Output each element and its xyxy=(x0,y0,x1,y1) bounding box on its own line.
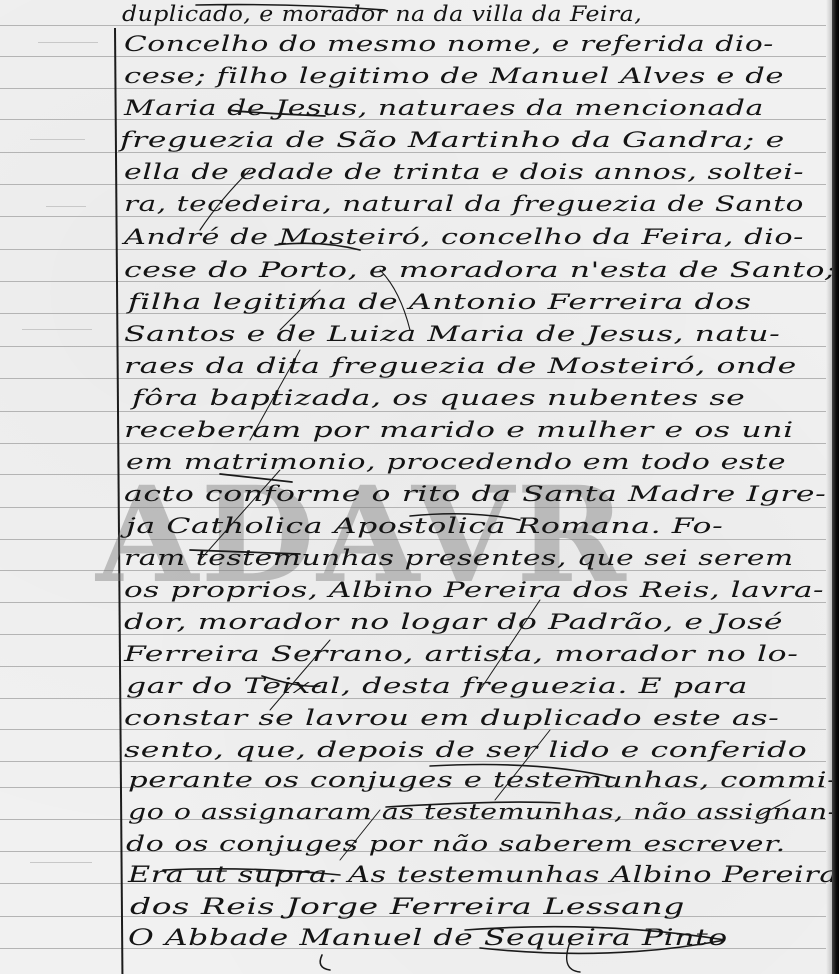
ruled-line xyxy=(0,507,826,508)
text-line: constar se lavrou em duplicado este as- xyxy=(124,706,779,730)
text-line: duplicado, e morador na da villa da Feir… xyxy=(122,2,642,26)
ruled-line xyxy=(0,666,826,667)
signature-line: dos Reis Jorge Ferreira Lessang xyxy=(130,895,685,920)
ruled-line xyxy=(0,378,826,379)
signature-line: O Abbade Manuel de Sequeira Pinto xyxy=(128,926,728,951)
text-line: perante os conjuges e testemunhas, commi… xyxy=(128,768,838,792)
text-line: Era ut supra. As testemunhas Albino Pere… xyxy=(128,863,838,888)
text-line: raes da dita freguezia de Mosteiró, onde xyxy=(124,354,797,378)
text-line: Maria de Jesus, naturaes da mencionada xyxy=(124,96,764,120)
text-line: Concelho do mesmo nome, e referida dio- xyxy=(124,32,774,56)
ruled-line xyxy=(0,474,826,475)
text-line: fôra baptizada, os quaes nubentes se xyxy=(132,386,745,410)
text-line: André de Mosteiró, concelho da Feira, di… xyxy=(124,225,804,249)
ruled-line xyxy=(0,88,826,89)
bleed-mark xyxy=(30,139,85,140)
bleed-mark xyxy=(38,42,98,43)
text-line: Santos e de Luiza Maria de Jesus, natu- xyxy=(124,322,780,346)
text-line: dor, morador no logar do Padrão, e José xyxy=(124,610,783,634)
text-line: os proprios, Albino Pereira dos Reis, la… xyxy=(124,578,824,602)
ruled-line xyxy=(0,443,826,444)
text-line: receberam por marido e mulher e os uni xyxy=(124,418,794,442)
margin-rule xyxy=(114,28,123,974)
ruled-line xyxy=(0,634,826,635)
ruled-line xyxy=(0,570,826,571)
text-line: cese; filho legitimo de Manuel Alves e d… xyxy=(124,64,784,88)
text-line: acto conforme o rito da Santa Madre Igre… xyxy=(124,482,826,506)
text-line: cese do Porto, e moradora n'esta de Sant… xyxy=(124,258,836,282)
ruled-line xyxy=(0,602,826,603)
text-line: ja Catholica Apostolica Romana. Fo- xyxy=(126,514,723,538)
text-line: ra, tecedeira, natural da freguezia de S… xyxy=(124,192,804,216)
text-line: sento, que, depois de ser lido e conferi… xyxy=(124,738,807,762)
bleed-mark xyxy=(46,206,86,207)
ruled-line xyxy=(0,56,826,57)
ruled-line xyxy=(0,216,826,217)
text-line: filha legitima de Antonio Ferreira dos xyxy=(128,290,752,314)
ruled-line xyxy=(0,411,826,412)
bleed-mark xyxy=(22,329,92,330)
ruled-line xyxy=(0,184,826,185)
document-page: ADAVR duplica xyxy=(0,0,839,974)
text-line: ram testemunhas presentes, que sei serem xyxy=(124,546,794,570)
bleed-mark xyxy=(30,862,92,863)
page-edge xyxy=(832,0,839,974)
ruled-line xyxy=(0,152,826,153)
ruled-line xyxy=(0,249,826,250)
text-line: do os conjuges por não saberem escrever. xyxy=(126,832,786,856)
ruled-line xyxy=(0,539,826,540)
text-line: go o assignaram as testemunhas, não assi… xyxy=(128,800,838,824)
ruled-line xyxy=(0,346,826,347)
text-line: em matrimonio, procedendo em todo este xyxy=(126,450,786,474)
text-line: ella de edade de trinta e dois annos, so… xyxy=(124,160,804,184)
text-line: gar do Teixal, desta freguezia. E para xyxy=(126,674,748,698)
ruled-line xyxy=(0,698,826,699)
text-line: Ferreira Serrano, artista, morador no lo… xyxy=(124,642,798,666)
text-line: freguezia de São Martinho da Gandra; e xyxy=(120,128,785,152)
